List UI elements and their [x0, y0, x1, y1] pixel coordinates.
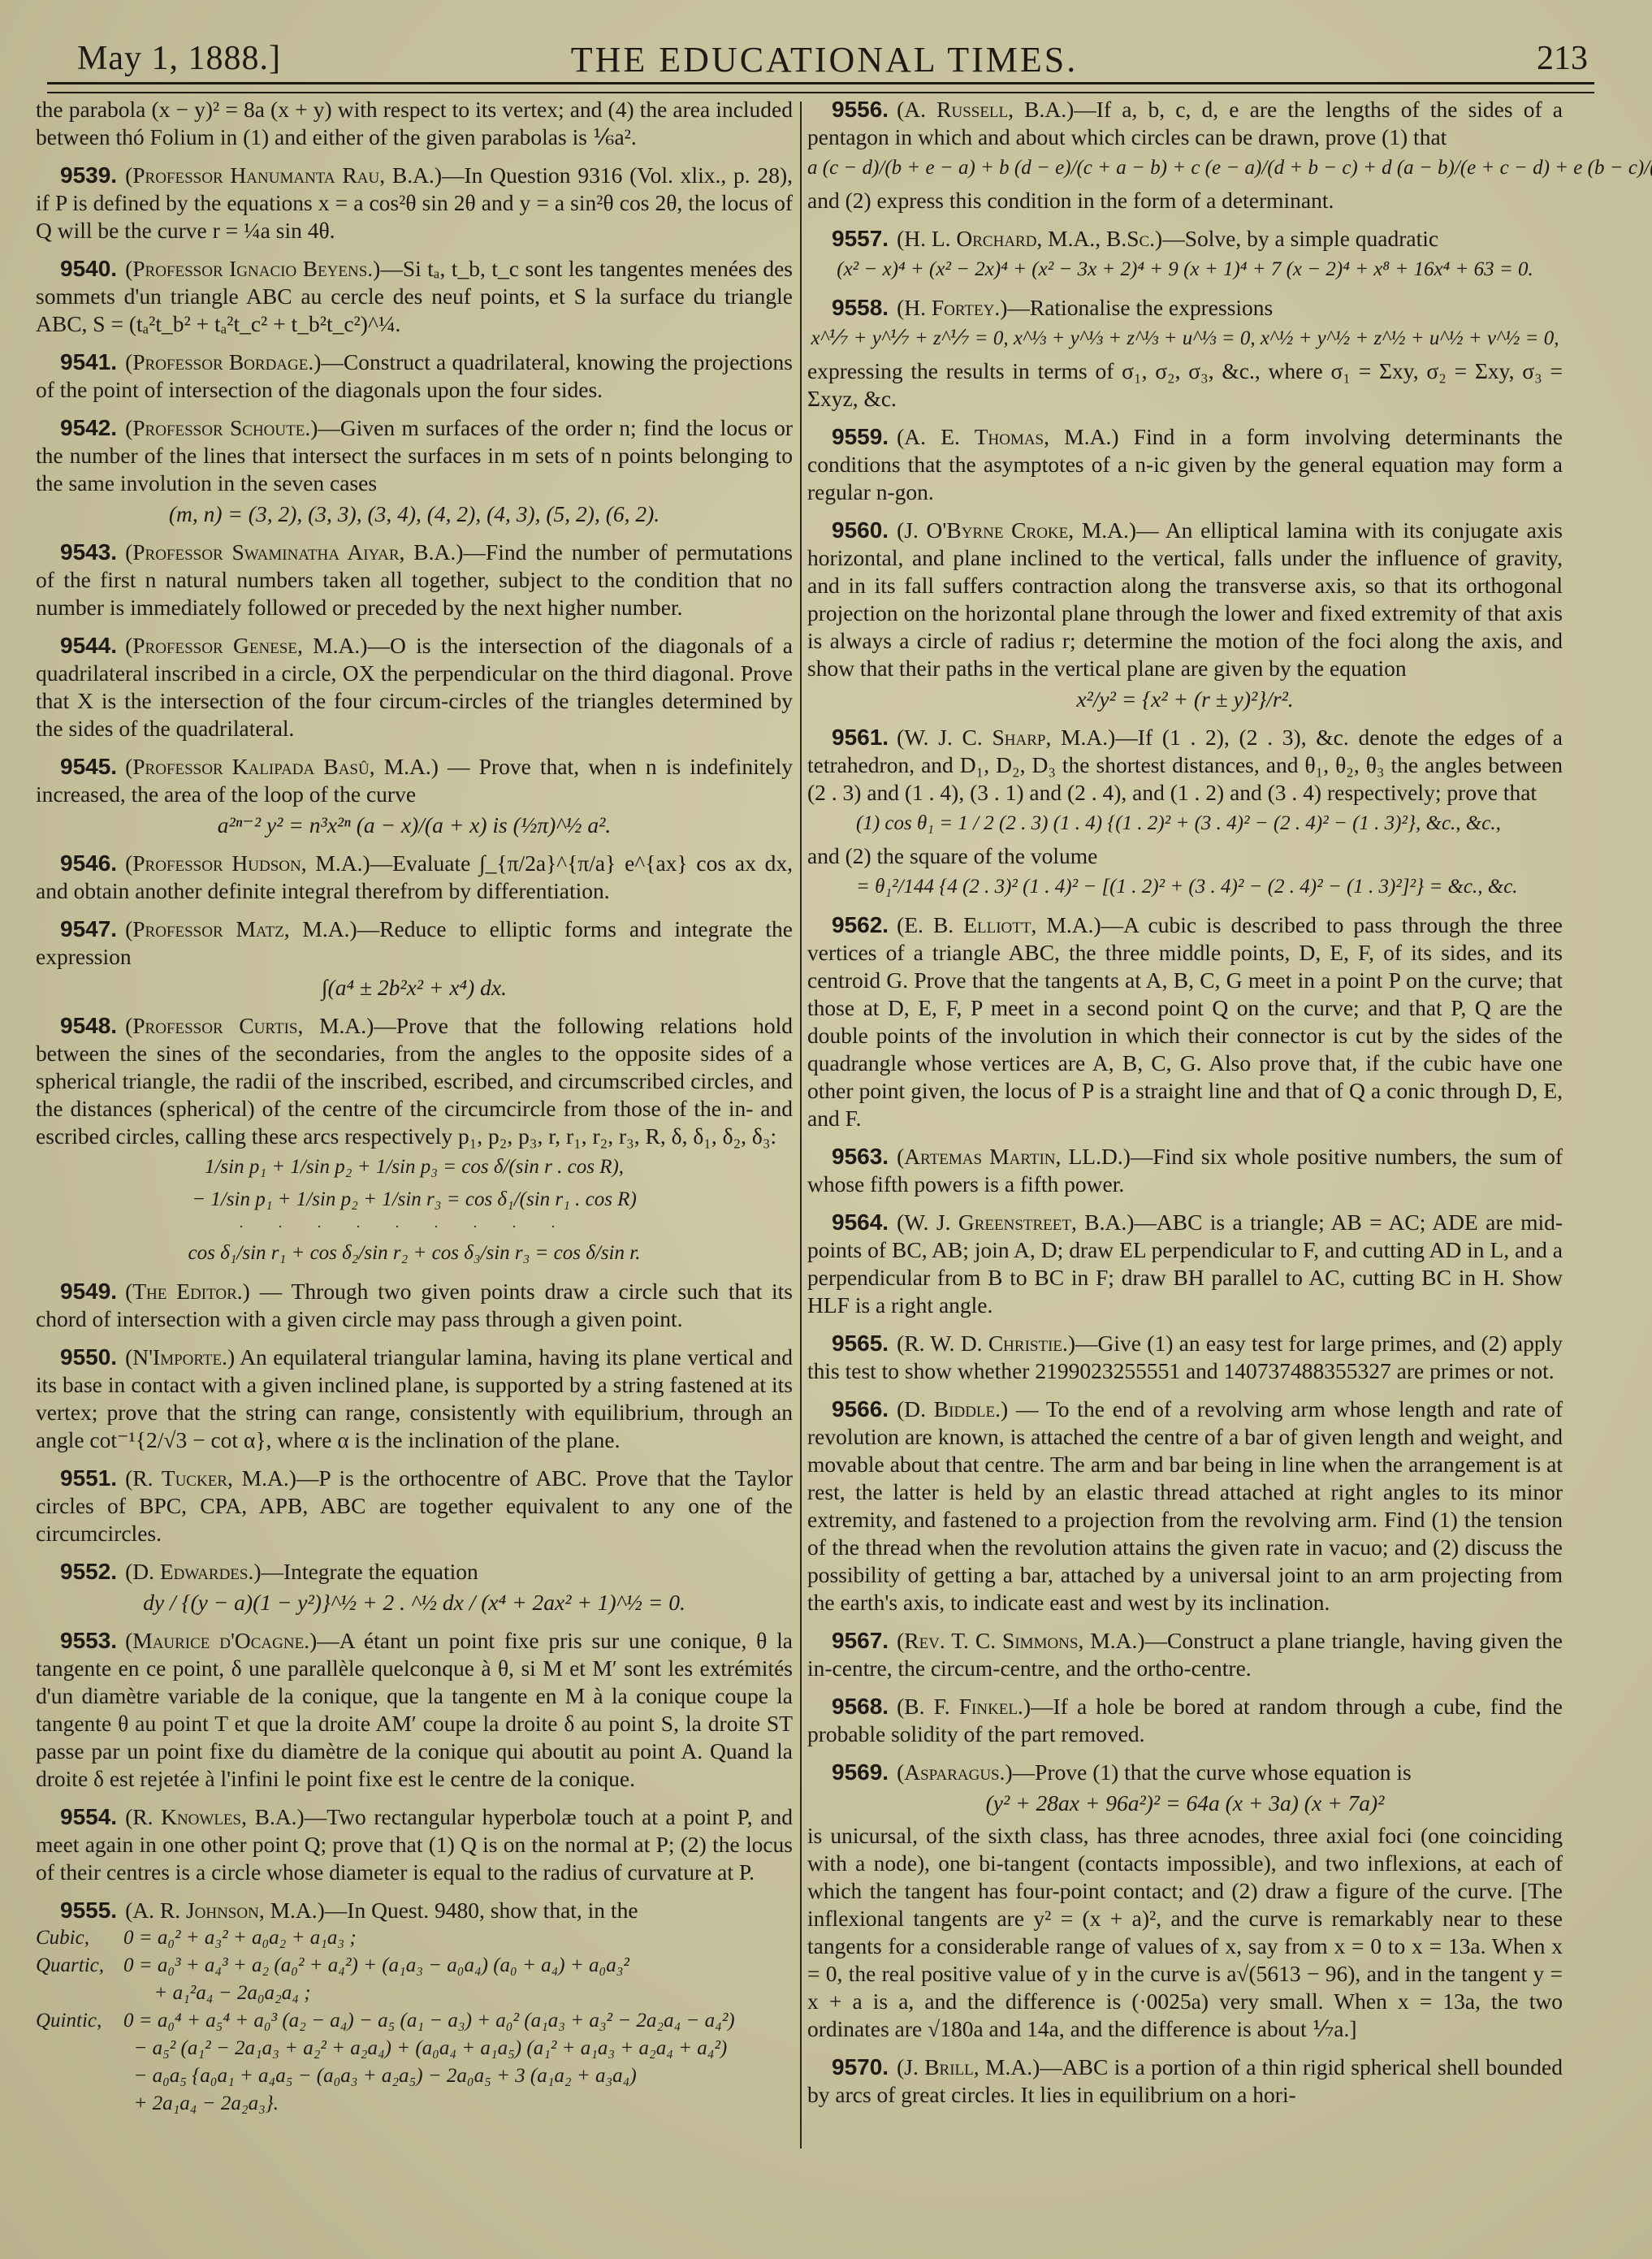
question-author: (Rev. T. C. Simmons, M.A.)	[897, 1628, 1144, 1653]
question-text: —A cubic is described to pass through th…	[807, 912, 1563, 1131]
question-number: 9569.	[832, 1759, 889, 1785]
question-9557: 9557.(H. L. Orchard, M.A., B.Sc.)—Solve,…	[807, 225, 1563, 283]
question-9565: 9565.(R. W. D. Christie.)—Give (1) an ea…	[807, 1330, 1563, 1385]
question-9550: 9550.(N'Importe.) An equilateral triangu…	[36, 1344, 793, 1454]
question-author: (H. L. Orchard, M.A., B.Sc.)	[897, 226, 1162, 251]
left-column: the parabola (x − y)² = 8a (x + y) with …	[36, 96, 793, 2128]
question-author: (Professor Kalipada Basû, M.A.)	[125, 754, 439, 779]
question-9539: 9539.(Professor Hanumanta Rau, B.A.)—In …	[36, 162, 793, 245]
question-number: 9539.	[60, 162, 117, 188]
question-author: (R. Tucker, M.A.)	[125, 1465, 296, 1491]
question-author: (W. J. C. Sharp, M.A.)	[897, 725, 1115, 750]
question-9559: 9559.(A. E. Thomas, M.A.) Find in a form…	[807, 423, 1563, 506]
question-author: (J. Brill, M.A.)	[897, 2054, 1040, 2079]
question-number: 9545.	[60, 754, 117, 779]
question-author: (Professor Curtis, M.A.)	[125, 1013, 374, 1038]
question-9545: 9545.(Professor Kalipada Basû, M.A.) — P…	[36, 753, 793, 839]
question-number: 9553.	[60, 1628, 117, 1653]
question-number: 9558.	[832, 295, 889, 320]
question-text: —Prove (1) that the curve whose equation…	[1013, 1759, 1412, 1785]
question-9568: 9568.(B. F. Finkel.)—If a hole be bored …	[807, 1693, 1563, 1748]
question-author: (Professor Swaminatha Aiyar, B.A.)	[125, 539, 463, 565]
continued-question-text: the parabola (x − y)² = 8a (x + y) with …	[36, 96, 793, 151]
question-author: (A. R. Johnson, M.A.)	[125, 1898, 325, 1923]
question-number: 9566.	[832, 1396, 889, 1422]
header-rule-top	[47, 82, 1594, 84]
question-author: (Asparagus.)	[897, 1759, 1013, 1785]
question-author: (Professor Hanumanta Rau, B.A.)	[125, 162, 442, 188]
equation: x²/y² = {x² + (r ± y)²}/r².	[807, 686, 1563, 713]
question-text-after: and (2) express this condition in the fo…	[807, 187, 1563, 214]
question-author: (Artemas Martin, LL.D.)	[897, 1144, 1131, 1169]
question-number: 9568.	[832, 1694, 889, 1719]
question-author: (R. Knowles, B.A.)	[125, 1804, 305, 1829]
equation: (m, n) = (3, 2), (3, 3), (3, 4), (4, 2),…	[36, 500, 793, 528]
question-9551: 9551.(R. Tucker, M.A.)—P is the orthocen…	[36, 1465, 793, 1547]
question-number: 9551.	[60, 1465, 117, 1491]
question-number: 9570.	[832, 2054, 889, 2079]
equation: 1/sin p₁ + 1/sin p₂ + 1/sin p₃ = cos δ/(…	[36, 1153, 793, 1181]
equation-line: Cubic,0 = a₀² + a₃² + a₀a₂ + a₁a₃ ;	[36, 1924, 793, 1952]
equation: ∫(a⁴ ± 2b²x² + x⁴) dx.	[36, 974, 793, 1002]
question-author: (Professor Matz, M.A.)	[125, 916, 357, 941]
question-author: (D. Biddle.)	[897, 1396, 1008, 1422]
question-text-after: and (2) the square of the volume	[807, 842, 1563, 870]
question-author: (J. O'Byrne Croke, M.A.)	[897, 517, 1136, 543]
question-9556: 9556.(A. Russell, B.A.)—If a, b, c, d, e…	[807, 96, 1563, 214]
column-divider	[800, 102, 802, 2149]
question-text: —Solve, by a simple quadratic	[1162, 226, 1438, 251]
publication-title: THE EDUCATIONAL TIMES.	[45, 39, 1604, 80]
question-author: (A. Russell, B.A.)	[897, 97, 1074, 122]
header-rule-bottom	[47, 92, 1594, 93]
equation: a (c − d)/(b + e − a) + b (d − e)/(c + a…	[807, 154, 1563, 182]
question-9564: 9564.(W. J. Greenstreet, B.A.)—ABC is a …	[807, 1209, 1563, 1319]
question-number: 9556.	[832, 97, 889, 122]
question-number: 9554.	[60, 1804, 117, 1829]
question-number: 9559.	[832, 424, 889, 449]
question-author: (Professor Hudson, M.A.)	[125, 850, 370, 876]
question-author: (Professor Bordage.)	[125, 349, 321, 374]
question-9563: 9563.(Artemas Martin, LL.D.)—Find six wh…	[807, 1143, 1563, 1198]
equation-line: Quartic,0 = a₀³ + a₄³ + a₂ (a₀² + a₄²) +…	[36, 1952, 793, 1980]
question-author: (D. Edwardes.)	[125, 1559, 261, 1584]
equation: x^⅐ + y^⅐ + z^⅐ = 0, x^⅓ + y^⅓ + z^⅓ + u…	[807, 325, 1563, 353]
question-number: 9563.	[832, 1144, 889, 1169]
question-number: 9567.	[832, 1628, 889, 1653]
question-author: (B. F. Finkel.)	[897, 1694, 1031, 1719]
question-author: (Professor Schoute.)	[125, 415, 318, 440]
question-number: 9546.	[60, 850, 117, 876]
question-number: 9560.	[832, 517, 889, 543]
question-author: (Maurice d'Ocagne.)	[125, 1628, 317, 1653]
question-9548: 9548.(Professor Curtis, M.A.)—Prove that…	[36, 1012, 793, 1267]
question-author: (W. J. Greenstreet, B.A.)	[897, 1210, 1134, 1235]
question-9541: 9541.(Professor Bordage.)—Construct a qu…	[36, 348, 793, 404]
question-author: (Professor Ignacio Beyens.)	[125, 256, 380, 281]
equation: (1) cos θ₁ = 1 / 2 (2 . 3) (1 . 4) {(1 .…	[807, 810, 1563, 837]
page-number: 213	[1537, 39, 1588, 78]
question-author: (A. E. Thomas, M.A.)	[897, 424, 1118, 449]
question-text-after: is unicursal, of the sixth class, has th…	[807, 1822, 1563, 2043]
question-9562: 9562.(E. B. Elliott, M.A.)—A cubic is de…	[807, 911, 1563, 1132]
question-number: 9562.	[832, 912, 889, 937]
question-number: 9564.	[832, 1210, 889, 1235]
equation: cos δ₁/sin r₁ + cos δ₂/sin r₂ + cos δ₃/s…	[36, 1240, 793, 1267]
page-header: May 1, 1888.] THE EDUCATIONAL TIMES. 213	[45, 23, 1604, 71]
question-number: 9552.	[60, 1559, 117, 1584]
question-9555: 9555.(A. R. Johnson, M.A.)—In Quest. 948…	[36, 1897, 793, 2118]
question-9542: 9542.(Professor Schoute.)—Given m surfac…	[36, 414, 793, 528]
question-text: —Rationalise the expressions	[1007, 295, 1273, 320]
question-9558: 9558.(H. Fortey.)—Rationalise the expres…	[807, 294, 1563, 413]
question-number: 9555.	[60, 1898, 117, 1923]
question-author: (Professor Genese, M.A.)	[125, 633, 367, 658]
ellipsis-row: ·········	[36, 1218, 793, 1235]
question-9544: 9544.(Professor Genese, M.A.)—O is the i…	[36, 632, 793, 742]
question-text: —In Quest. 9480, show that, in the	[325, 1898, 638, 1923]
equation: − 1/sin p₁ + 1/sin p₂ + 1/sin r₃ = cos δ…	[36, 1186, 793, 1214]
question-number: 9550.	[60, 1344, 117, 1370]
question-9560: 9560.(J. O'Byrne Croke, M.A.)— An ellipt…	[807, 517, 1563, 713]
question-text: —Integrate the equation	[262, 1559, 478, 1584]
question-9552: 9552.(D. Edwardes.)—Integrate the equati…	[36, 1558, 793, 1616]
question-9561: 9561.(W. J. C. Sharp, M.A.)—If (1 . 2), …	[807, 724, 1563, 901]
equation: a²ⁿ⁻² y² = n³x²ⁿ (a − x)/(a + x) is (½π)…	[36, 811, 793, 839]
question-number: 9540.	[60, 256, 117, 281]
question-number: 9561.	[832, 725, 889, 750]
question-9549: 9549.(The Editor.) — Through two given p…	[36, 1278, 793, 1333]
question-number: 9541.	[60, 349, 117, 374]
equation-line: Quintic,0 = a₀⁴ + a₅⁴ + a₀³ (a₂ − a₄) − …	[36, 2007, 793, 2035]
equation-line: − a₅² (a₁² − 2a₁a₃ + a₂² + a₂a₄) + (a₀a₄…	[36, 2035, 793, 2062]
question-author: (E. B. Elliott, M.A.)	[897, 912, 1101, 937]
question-author: (H. Fortey.)	[897, 295, 1007, 320]
equation: (x² − x)⁴ + (x² − 2x)⁴ + (x² − 3x + 2)⁴ …	[807, 256, 1563, 283]
equation-line: + a₁²a₄ − 2a₀a₂a₄ ;	[36, 1980, 793, 2007]
question-9540: 9540.(Professor Ignacio Beyens.)—Si tₐ, …	[36, 255, 793, 338]
equation-line: − a₀a₅ {a₀a₁ + a₄a₅ − (a₀a₃ + a₂a₅) − 2a…	[36, 2062, 793, 2090]
question-text: — To the end of a revolving arm whose le…	[807, 1396, 1563, 1615]
question-number: 9547.	[60, 916, 117, 941]
question-number: 9549.	[60, 1279, 117, 1304]
question-9546: 9546.(Professor Hudson, M.A.)—Evaluate ∫…	[36, 850, 793, 905]
question-9569: 9569.(Asparagus.)—Prove (1) that the cur…	[807, 1759, 1563, 2043]
equation-line: + 2a₁a₄ − 2a₂a₃}.	[36, 2090, 793, 2118]
question-number: 9543.	[60, 539, 117, 565]
equation: (y² + 28ax + 96a²)² = 64a (x + 3a) (x + …	[807, 1789, 1563, 1817]
right-column: 9556.(A. Russell, B.A.)—If a, b, c, d, e…	[807, 96, 1563, 2119]
question-author: (R. W. D. Christie.)	[897, 1331, 1075, 1356]
question-9553: 9553.(Maurice d'Ocagne.)—A étant un poin…	[36, 1627, 793, 1793]
question-9566: 9566.(D. Biddle.) — To the end of a revo…	[807, 1396, 1563, 1616]
question-9554: 9554.(R. Knowles, B.A.)—Two rectangular …	[36, 1803, 793, 1886]
question-9567: 9567.(Rev. T. C. Simmons, M.A.)—Construc…	[807, 1627, 1563, 1682]
question-number: 9548.	[60, 1013, 117, 1038]
question-text-after: expressing the results in terms of σ₁, σ…	[807, 357, 1563, 413]
question-number: 9565.	[832, 1331, 889, 1356]
equation: = θ₁²/144 {4 (2 . 3)² (1 . 4)² − [(1 . 2…	[807, 873, 1563, 901]
question-9543: 9543.(Professor Swaminatha Aiyar, B.A.)—…	[36, 539, 793, 621]
question-number: 9557.	[832, 226, 889, 251]
question-author: (The Editor.)	[125, 1279, 250, 1304]
question-number: 9544.	[60, 633, 117, 658]
question-number: 9542.	[60, 415, 117, 440]
equation: dy / {(y − a)(1 − y²)}^½ + 2 . ^½ dx / (…	[36, 1589, 793, 1616]
question-9570: 9570.(J. Brill, M.A.)—ABC is a portion o…	[807, 2053, 1563, 2109]
question-author: (N'Importe.)	[125, 1344, 235, 1370]
question-9547: 9547.(Professor Matz, M.A.)—Reduce to el…	[36, 915, 793, 1002]
